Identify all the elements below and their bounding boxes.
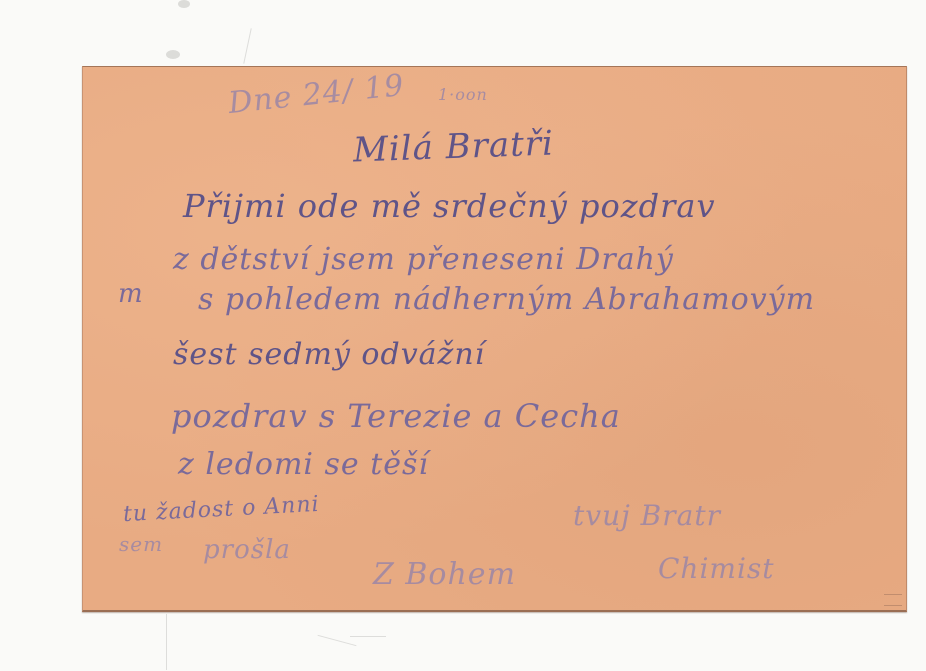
body-line-3: s pohledem nádherným Abrahamovým	[198, 282, 815, 317]
corner-wear-mark	[884, 594, 902, 606]
scan-scratch	[350, 636, 386, 637]
postscript-line-2: sem	[119, 532, 163, 556]
dust-speck	[178, 0, 190, 8]
body-line-4: šest sedmý odvážní	[173, 337, 485, 372]
scanned-page: Dne 24/ 19 1·oon Milá Bratři Přijmi ode …	[0, 0, 926, 671]
scan-scratch	[243, 28, 251, 63]
signature-name: Chimist	[658, 552, 775, 585]
scan-scratch	[166, 614, 167, 670]
body-line-5: pozdrav s Terezie a Cecha	[171, 397, 621, 435]
body-line-2: z dětství jsem přeneseni Drahý	[173, 242, 674, 277]
postcard: Dne 24/ 19 1·oon Milá Bratři Přijmi ode …	[82, 66, 907, 612]
signature-farewell: Z Bohem	[373, 557, 516, 592]
header-note: 1·oon	[438, 85, 488, 104]
margin-mark: m	[118, 279, 144, 309]
body-line-6: z ledomi se těší	[178, 447, 429, 482]
body-line-1: Přijmi ode mě srdečný pozdrav	[183, 187, 716, 225]
dust-speck	[166, 50, 180, 59]
postscript-line-1: tu žadost o Anni	[122, 492, 320, 527]
signature-closing: tvuj Bratr	[573, 499, 721, 532]
date-line: Dne 24/ 19	[227, 68, 406, 121]
postscript-line-3: prošla	[203, 535, 291, 565]
greeting: Milá Bratři	[352, 124, 554, 171]
